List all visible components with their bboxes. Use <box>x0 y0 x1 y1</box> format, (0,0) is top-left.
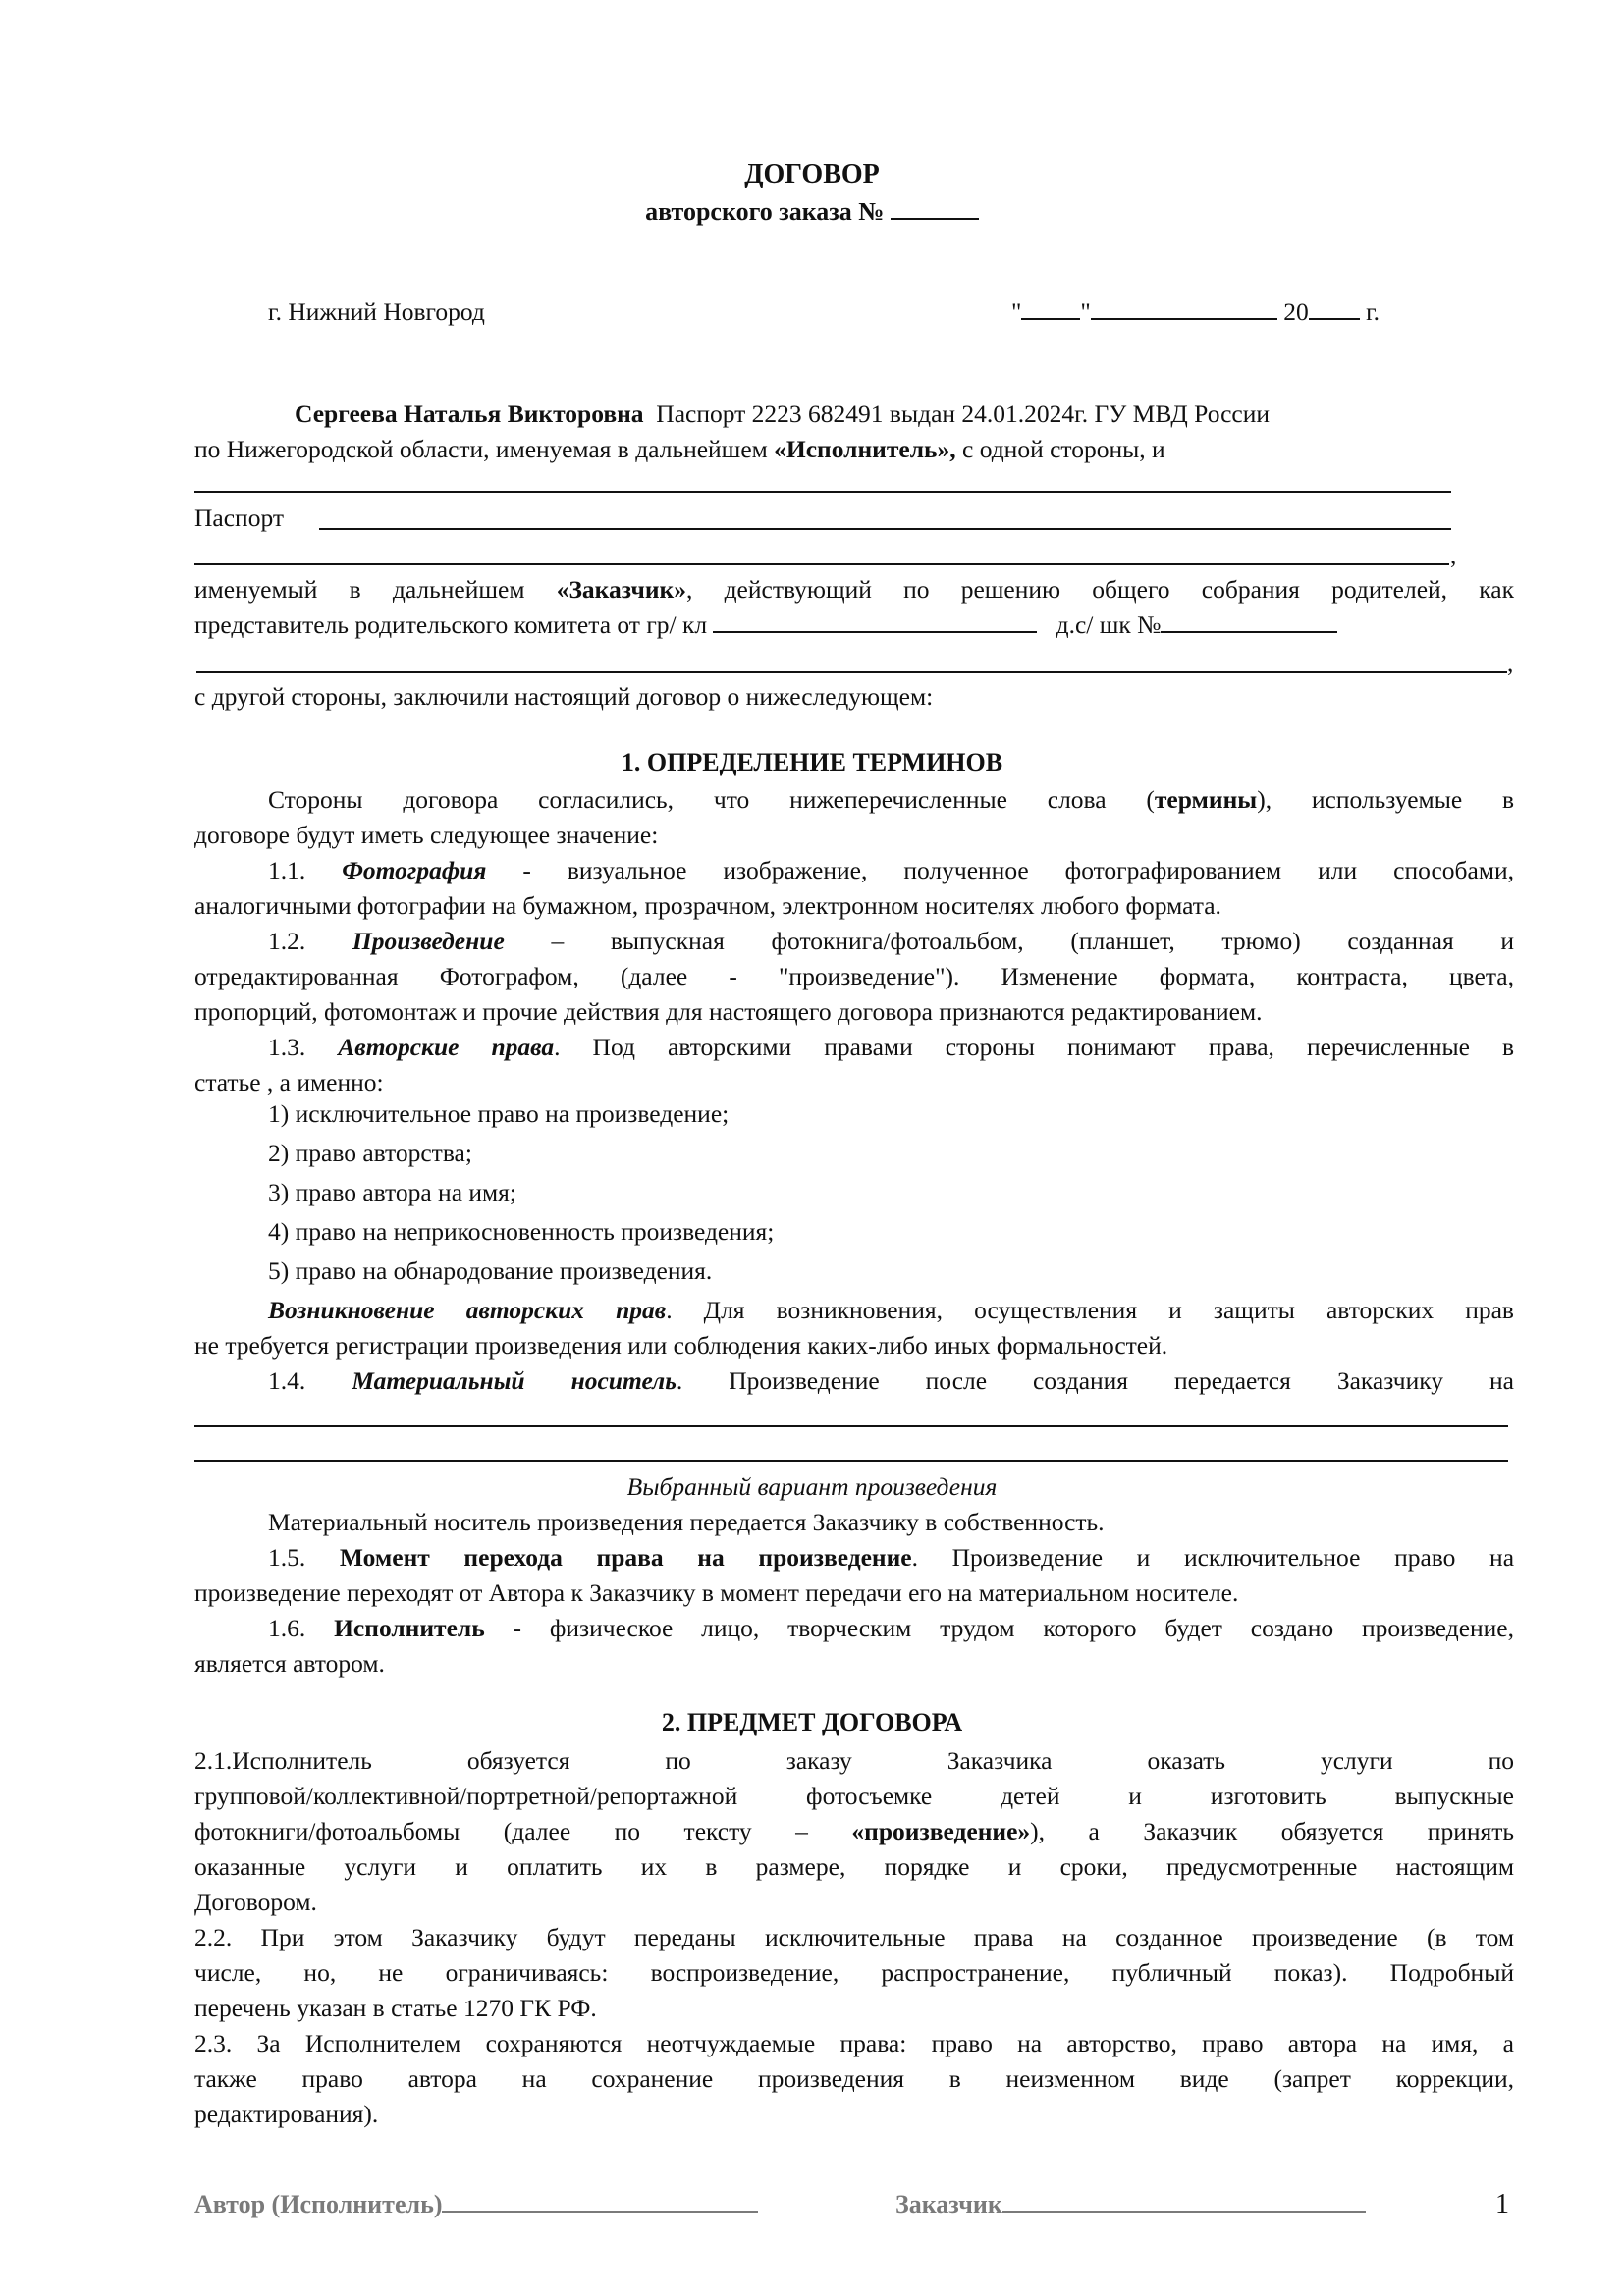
date-day-field[interactable] <box>1021 296 1080 320</box>
committee-extra-field[interactable] <box>196 671 1507 673</box>
customer-passport-field-2[interactable] <box>194 563 1449 565</box>
p12-term: Произведение <box>352 927 505 955</box>
p21-line3-pre: фотокниги/фотоальбомы (далее по тексту – <box>194 1817 851 1845</box>
customer-passport-field[interactable] <box>319 528 1451 530</box>
carrier-caption: Выбранный вариант произведения <box>0 1469 1624 1505</box>
p21-line1: 2.1.Исполнитель обязуется по заказу Зака… <box>194 1743 1514 1779</box>
section-2-heading: 2. ПРЕДМЕТ ДОГОВОРА <box>0 1708 1624 1737</box>
p12-text: – выпускная фотокнига/фотоальбом, (планш… <box>505 927 1514 955</box>
author-signature-field[interactable] <box>442 2189 758 2213</box>
p11-line1: 1.1. Фотография - визуальное изображение… <box>194 853 1514 888</box>
carrier-field-2[interactable] <box>194 1460 1508 1462</box>
p13-num: 1.3. <box>268 1033 338 1061</box>
rights-list-item: 5) право на обнародование произведения. <box>268 1254 712 1289</box>
comma-1: , <box>1450 538 1456 573</box>
class-field-2[interactable] <box>875 610 1037 633</box>
p21-line3: фотокниги/фотоальбомы (далее по тексту –… <box>194 1814 1514 1849</box>
customer-line-post: , действующий по решению общего собрания… <box>686 575 1514 604</box>
school-label: д.с/ шк № <box>1056 611 1162 639</box>
rights-list-item: 2) право авторства; <box>268 1136 472 1171</box>
executor-name: Сергеева Наталья Викторовна <box>295 400 644 428</box>
p14-term: Материальный носитель <box>352 1366 677 1395</box>
carrier-field-1[interactable] <box>194 1425 1508 1427</box>
p15-text: . Произведение и исключительное право на <box>912 1543 1514 1572</box>
passport-label: Паспорт <box>194 501 284 536</box>
customer-name-field[interactable] <box>194 491 1451 493</box>
year-suffix: г. <box>1366 297 1380 326</box>
date-month-field[interactable] <box>1091 296 1277 320</box>
rights-list-item: 3) право автора на имя; <box>268 1175 516 1210</box>
s1-intro-post: ), используемые в <box>1257 785 1514 814</box>
executor-role: «Исполнитель», <box>774 435 955 463</box>
p16-term: Исполнитель <box>334 1614 485 1642</box>
footer-author-label: Автор (Исполнитель) <box>194 2190 442 2218</box>
p14-text: . Произведение после создания передается… <box>677 1366 1514 1395</box>
p13-term: Авторские права <box>338 1033 554 1061</box>
p22-line2: числе, но, не ограничиваясь: воспроизвед… <box>194 1955 1514 1991</box>
p15-num: 1.5. <box>268 1543 340 1572</box>
quote-open: " <box>1011 297 1021 326</box>
p22-line3: перечень указан в статье 1270 ГК РФ. <box>194 1991 597 2026</box>
s1-intro-term: термины <box>1155 785 1257 814</box>
quote-close: " <box>1080 297 1090 326</box>
contract-number-field[interactable] <box>891 196 979 220</box>
p13-text: . Под авторскими правами стороны понимаю… <box>554 1033 1514 1061</box>
p11-term: Фотография <box>342 856 486 884</box>
footer-author-signature: Автор (Исполнитель) <box>194 2189 758 2219</box>
class-field[interactable] <box>713 610 875 633</box>
p21-line5: Договором. <box>194 1885 317 1920</box>
p23-line1: 2.3. За Исполнителем сохраняются неотчуж… <box>194 2026 1514 2061</box>
carrier-ownership: Материальный носитель произведения перед… <box>268 1505 1105 1540</box>
p12-line3: пропорций, фотомонтаж и прочие действия … <box>194 994 1263 1030</box>
p12-line2: отредактированная Фотографом, (далее - "… <box>194 959 1514 994</box>
p16-line2: является автором. <box>194 1646 385 1682</box>
p11-text: - визуальное изображение, полученное фот… <box>486 856 1514 884</box>
p14-line1: 1.4. Материальный носитель. Произведение… <box>194 1363 1514 1399</box>
p12-line1: 1.2. Произведение – выпускная фотокнига/… <box>194 924 1514 959</box>
document-subtitle: авторского заказа № <box>0 196 1624 227</box>
rights-list-item: 4) право на неприкосновенность произведе… <box>268 1214 774 1250</box>
p21-line2: групповой/коллективной/портретной/репорт… <box>194 1779 1514 1814</box>
p23-line2: также право автора на сохранение произве… <box>194 2061 1514 2097</box>
s1-intro-line1: Стороны договора согласились, что нижепе… <box>194 782 1514 818</box>
customer-role: «Заказчик» <box>557 575 686 604</box>
customer-line: именуемый в дальнейшем «Заказчик», дейст… <box>194 572 1514 608</box>
customer-signature-field[interactable] <box>1002 2189 1366 2213</box>
committee-line: представитель родительского комитета от … <box>194 608 1337 643</box>
p16-line1: 1.6. Исполнитель - физическое лицо, твор… <box>194 1611 1514 1646</box>
executor-line2-end: с одной стороны, и <box>956 435 1165 463</box>
p15-term: Момент перехода права на произведение <box>340 1543 912 1572</box>
p14-num: 1.4. <box>268 1366 352 1395</box>
customer-line-pre: именуемый в дальнейшем <box>194 575 557 604</box>
executor-passport: Паспорт 2223 682491 выдан 24.01.2024г. Г… <box>656 400 1270 428</box>
page-number: 1 <box>1495 2187 1509 2222</box>
footer-customer-label: Заказчик <box>895 2190 1002 2218</box>
s1-intro-pre: Стороны договора согласились, что нижепе… <box>268 785 1155 814</box>
p12-num: 1.2. <box>268 927 352 955</box>
p11-line2: аналогичными фотографии на бумажном, про… <box>194 888 1221 924</box>
p22-line1: 2.2. При этом Заказчику будут переданы и… <box>194 1920 1514 1955</box>
comma-2: , <box>1507 646 1513 681</box>
p16-text: - физическое лицо, творческим трудом кот… <box>485 1614 1514 1642</box>
year-prefix: 20 <box>1283 297 1309 326</box>
origin-term: Возникновение авторских прав <box>268 1296 666 1324</box>
p16-num: 1.6. <box>268 1614 334 1642</box>
city: г. Нижний Новгород <box>268 294 485 330</box>
p21-line4: оказанные услуги и оплатить их в размере… <box>194 1849 1514 1885</box>
executor-line-2: по Нижегородской области, именуемая в да… <box>194 432 1165 467</box>
s1-intro-line2: договоре будут иметь следующее значение: <box>194 818 658 853</box>
parties-closing: с другой стороны, заключили настоящий до… <box>194 679 933 715</box>
p13-line1: 1.3. Авторские права. Под авторскими пра… <box>194 1030 1514 1065</box>
p21-term: «произведение» <box>851 1817 1030 1845</box>
p13-line2: статье , а именно: <box>194 1065 384 1100</box>
p11-num: 1.1. <box>268 856 342 884</box>
date-year-field[interactable] <box>1309 296 1360 320</box>
executor-line2-text: по Нижегородской области, именуемая в да… <box>194 435 774 463</box>
origin-line2: не требуется регистрации произведения ил… <box>194 1328 1167 1363</box>
p15-line2: произведение переходят от Автора к Заказ… <box>194 1575 1238 1611</box>
date-line: "" 20 г. <box>1011 294 1380 330</box>
origin-line1: Возникновение авторских прав. Для возник… <box>194 1293 1514 1328</box>
rights-list-item: 1) исключительное право на произведение; <box>268 1096 729 1132</box>
school-number-field[interactable] <box>1161 610 1337 633</box>
contract-page: ДОГОВОР авторского заказа № г. Нижний Но… <box>0 0 1624 2296</box>
executor-line-1: Сергеева Наталья Викторовна Паспорт 2223… <box>194 397 1514 432</box>
section-1-heading: 1. ОПРЕДЕЛЕНИЕ ТЕРМИНОВ <box>0 748 1624 777</box>
footer-customer-signature: Заказчик <box>895 2189 1366 2219</box>
p21-line3-post: ), а Заказчик обязуется принять <box>1030 1817 1514 1845</box>
subtitle-text: авторского заказа № <box>645 197 884 226</box>
origin-text: . Для возникновения, осуществления и защ… <box>666 1296 1514 1324</box>
p23-line3: редактирования). <box>194 2097 378 2132</box>
committee-label: представитель родительского комитета от … <box>194 611 707 639</box>
document-title: ДОГОВОР <box>0 159 1624 190</box>
p15-line1: 1.5. Момент перехода права на произведен… <box>194 1540 1514 1575</box>
